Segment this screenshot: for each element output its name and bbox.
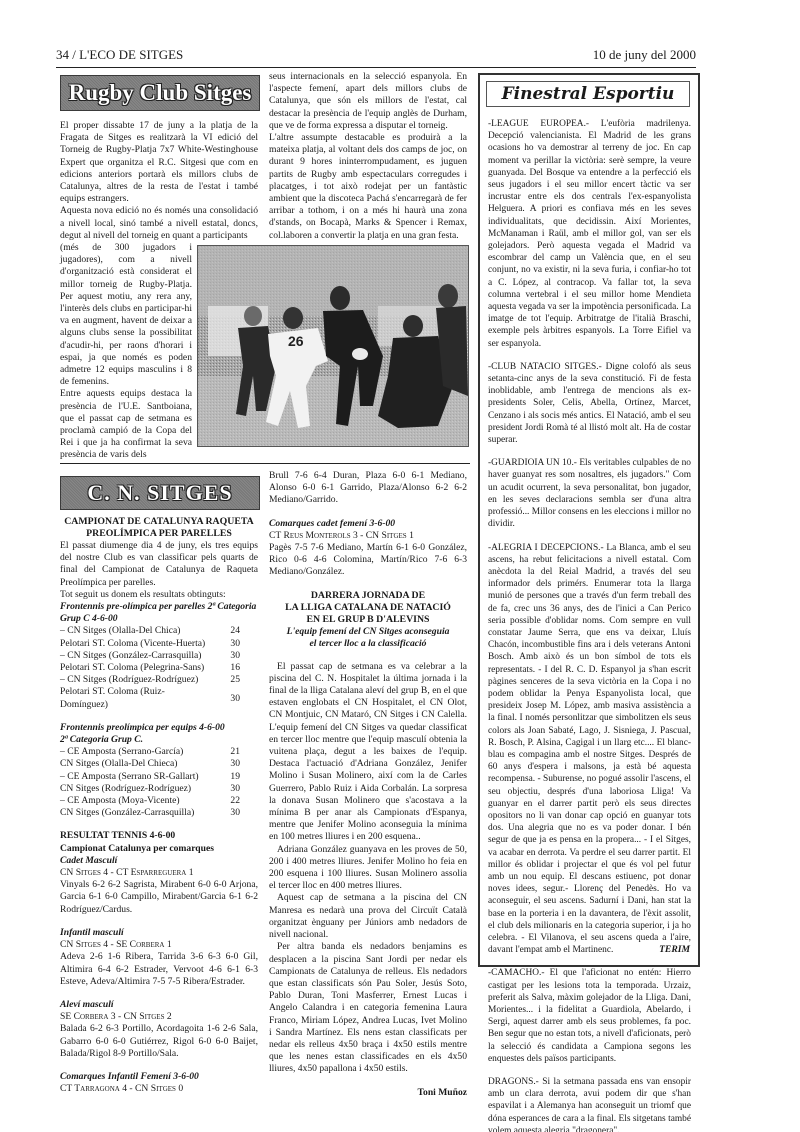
team-name: Pelotari ST. Coloma (Vicente-Huerta) [60, 638, 210, 650]
publication-page-label: 34 / L'ECO DE SITGES [56, 47, 183, 63]
article-author: Toni Muñoz [269, 1087, 467, 1098]
cadet-title: Cadet Masculí [60, 855, 258, 867]
alevi-result: SE Corbera 3 - CN Sitges 2 [60, 1011, 258, 1023]
team-name: CN Sitges (Rodríguez-Rodríguez) [60, 783, 210, 795]
cn-sitges-col2: Brull 7-6 6-4 Duran, Plaza 6-0 6-1 Media… [269, 470, 467, 1098]
team-score: 19 [210, 771, 258, 783]
jersey-number: 26 [288, 333, 304, 349]
team-score: 30 [210, 783, 258, 795]
table-row: – CN Sitges (Rodríguez-Rodríguez)25 [60, 674, 258, 686]
finestral-item: -LEAGUE EUROPEA.- L'eufòria madrilenya. … [488, 118, 691, 350]
team-score: 30 [210, 650, 258, 662]
finestral-signature: TERIM [659, 944, 690, 955]
spacer [269, 1076, 467, 1087]
rugby-paragraph: Entre aquests equips destaca la presènci… [60, 388, 192, 461]
tennis-heading: RESULTAT TENNIS 4-6-00 [60, 830, 258, 842]
table-row: CN Sitges (González-Carrasquilla)30 [60, 807, 258, 819]
table-row: CN Sitges (Olalla-Del Chieca)30 [60, 758, 258, 770]
group2-results-table: – CE Amposta (Serrano-García)21 CN Sitge… [60, 746, 258, 819]
table-row: – CE Amposta (Serrano-García)21 [60, 746, 258, 758]
team-score: 30 [210, 686, 258, 710]
rugby-paragraph: L'altre assumpte destacable es produirà … [269, 132, 467, 242]
finestral-body: -LEAGUE EUROPEA.- L'eufòria madrilenya. … [488, 118, 691, 1132]
natacio-paragraph: El passat cap de setmana es va celebrar … [269, 661, 467, 844]
group1-title: Frontennis pre-olímpica per parelles 2ª … [60, 601, 258, 625]
publication-date: 10 de juny del 2000 [593, 47, 696, 63]
alevi-title: Aleví masculí [60, 999, 258, 1011]
tennis-subheading: Campionat Catalunya per comarques [60, 843, 258, 855]
rugby-paragraph: (més de 300 jugadors i jugadores), com a… [60, 242, 192, 388]
rugby-paragraph: Aquesta nova edició no és només una cons… [60, 205, 258, 242]
natacio-heading-line: EN EL GRUP B D'ALEVINS [269, 614, 467, 626]
rugby-paragraph: El proper dissabte 17 de juny a la platj… [60, 120, 258, 205]
team-score: 25 [210, 674, 258, 686]
infantil-femeni-title: Comarques Infantil Femení 3-6-00 [60, 1071, 258, 1083]
group1-results-table: – CN Sitges (Olalla-Del Chica)24 Pelotar… [60, 625, 258, 710]
raqueta-lead: Tot seguit us donem els resultats obting… [60, 589, 258, 601]
rugby-photo-illustration: 26 [198, 246, 468, 446]
spacer [60, 988, 258, 999]
cadet-femeni-result: CT Reus Monterols 3 - CN Sitges 1 [269, 530, 467, 542]
infantil-femeni-result: CT Tarragona 4 - CN Sitges 0 [60, 1083, 258, 1095]
spacer [269, 579, 467, 590]
rugby-article-col2: seus internacionals en la selecció espan… [269, 71, 467, 242]
spacer [269, 650, 467, 661]
infantil-result: CN Sitges 4 - SE Corbera 1 [60, 939, 258, 951]
table-row: Pelotari ST. Coloma (Vicente-Huerta)30 [60, 638, 258, 650]
table-row: CN Sitges (Rodríguez-Rodríguez)30 [60, 783, 258, 795]
infantil-detail: Adeva 2-6 1-6 Ribera, Tarrida 3-6 6-3 6-… [60, 951, 258, 988]
team-name: – CE Amposta (Moya-Vicente) [60, 795, 210, 807]
table-row: – CN Sitges (Olalla-Del Chica)24 [60, 625, 258, 637]
team-score: 24 [210, 625, 258, 637]
rugby-section-banner: Rugby Club Sitges [60, 75, 260, 111]
team-score: 22 [210, 795, 258, 807]
natacio-heading-line: LA LLIGA CATALANA DE NATACIÓ [269, 602, 467, 614]
cadet-detail: Vinyals 6-2 6-2 Sagrista, Mirabent 6-0 6… [60, 879, 258, 916]
table-row: – CE Amposta (Moya-Vicente)22 [60, 795, 258, 807]
spacer [60, 711, 258, 722]
cadet-femeni-title: Comarques cadet femení 3-6-00 [269, 518, 467, 530]
natacio-subheading-line: L'equip femení del CN Sitges aconseguia [269, 626, 467, 638]
finestral-title: Finestral Esportiu [486, 81, 690, 107]
masthead: 34 / L'ECO DE SITGES 10 de juny del 2000 [56, 47, 696, 68]
team-name: – CE Amposta (Serrano-García) [60, 746, 210, 758]
newspaper-page: 34 / L'ECO DE SITGES 10 de juny del 2000… [0, 0, 800, 1132]
team-name: – CE Amposta (Serrano SR-Gallart) [60, 771, 210, 783]
cadet-femeni-detail: Pagès 7-5 7-6 Mediano, Martín 6-1 6-0 Go… [269, 542, 467, 579]
team-name: – CN Sitges (González-Carrasquilla) [60, 650, 210, 662]
team-name: Pelotari ST. Coloma (Pelegrina-Sans) [60, 662, 210, 674]
natacio-paragraph: Aquest cap de setmana a la piscina del C… [269, 892, 467, 941]
rugby-match-photo: 26 [197, 245, 469, 447]
team-score: 16 [210, 662, 258, 674]
team-name: CN Sitges (Olalla-Del Chieca) [60, 758, 210, 770]
finestral-item: -GUARDIOIA UN 10.- Els veritables culpab… [488, 457, 691, 530]
table-row: Pelotari ST. Coloma (Ruiz-Domínguez)30 [60, 686, 258, 710]
team-score: 30 [210, 807, 258, 819]
table-row: – CN Sitges (González-Carrasquilla)30 [60, 650, 258, 662]
infantil-title: Infantil masculí [60, 927, 258, 939]
rugby-paragraph: seus internacionals en la selecció espan… [269, 71, 467, 132]
spacer [269, 507, 467, 518]
natacio-subheading-line: el tercer lloc a la classificació [269, 638, 467, 650]
cadet-result: CN Sitges 4 - CT Esparreguera 1 [60, 867, 258, 879]
team-score: 21 [210, 746, 258, 758]
cn-sitges-col1: CAMPIONAT DE CATALUNYA RAQUETA PREOLÍMPI… [60, 516, 258, 1095]
raqueta-heading: CAMPIONAT DE CATALUNYA RAQUETA PREOLÍMPI… [60, 516, 258, 540]
finestral-esportiu-box: Finestral Esportiu -LEAGUE EUROPEA.- L'e… [478, 73, 700, 967]
team-name: Pelotari ST. Coloma (Ruiz-Domínguez) [60, 686, 210, 710]
spacer [60, 1060, 258, 1071]
group2-title: Frontennis preolímpica per equips 4-6-00 [60, 722, 258, 734]
table-row: Pelotari ST. Coloma (Pelegrina-Sans)16 [60, 662, 258, 674]
finestral-item: -CAMACHO.- El que l'aficionat no entén: … [488, 967, 691, 1065]
section-divider [60, 463, 470, 464]
team-name: – CN Sitges (Rodríguez-Rodríguez) [60, 674, 210, 686]
finestral-item: -CLUB NATACIO SITGES.- Digne colofó als … [488, 361, 691, 446]
raqueta-intro: El passat diumenge dia 4 de juny, els tr… [60, 540, 258, 589]
natacio-heading-line: DARRERA JORNADA DE [269, 590, 467, 602]
spacer [60, 916, 258, 927]
natacio-paragraph: Adriana González guanyava en les proves … [269, 844, 467, 893]
table-row: – CE Amposta (Serrano SR-Gallart)19 [60, 771, 258, 783]
cn-sitges-section-banner: C. N. SITGES [60, 476, 260, 510]
rugby-article-col1-wrapped: (més de 300 jugadors i jugadores), com a… [60, 242, 192, 462]
finestral-item: -ALEGRIA I DECEPCIONS.- La Blanca, amb e… [488, 542, 691, 957]
group2-subtitle: 2ª Categoria Grup C. [60, 734, 258, 746]
alevi-detail: Balada 6-2 6-3 Portillo, Acordagoita 1-6… [60, 1023, 258, 1060]
finestral-item: DRAGONS.- Si la setmana passada ens van … [488, 1076, 691, 1132]
natacio-paragraph: Per altra banda els nedadors benjamins e… [269, 941, 467, 1075]
rugby-article-col1: El proper dissabte 17 de juny a la platj… [60, 120, 258, 242]
infantil-femeni-detail: Brull 7-6 6-4 Duran, Plaza 6-0 6-1 Media… [269, 470, 467, 507]
team-name: – CN Sitges (Olalla-Del Chica) [60, 625, 210, 637]
team-name: CN Sitges (González-Carrasquilla) [60, 807, 210, 819]
spacer [60, 819, 258, 830]
team-score: 30 [210, 758, 258, 770]
team-score: 30 [210, 638, 258, 650]
